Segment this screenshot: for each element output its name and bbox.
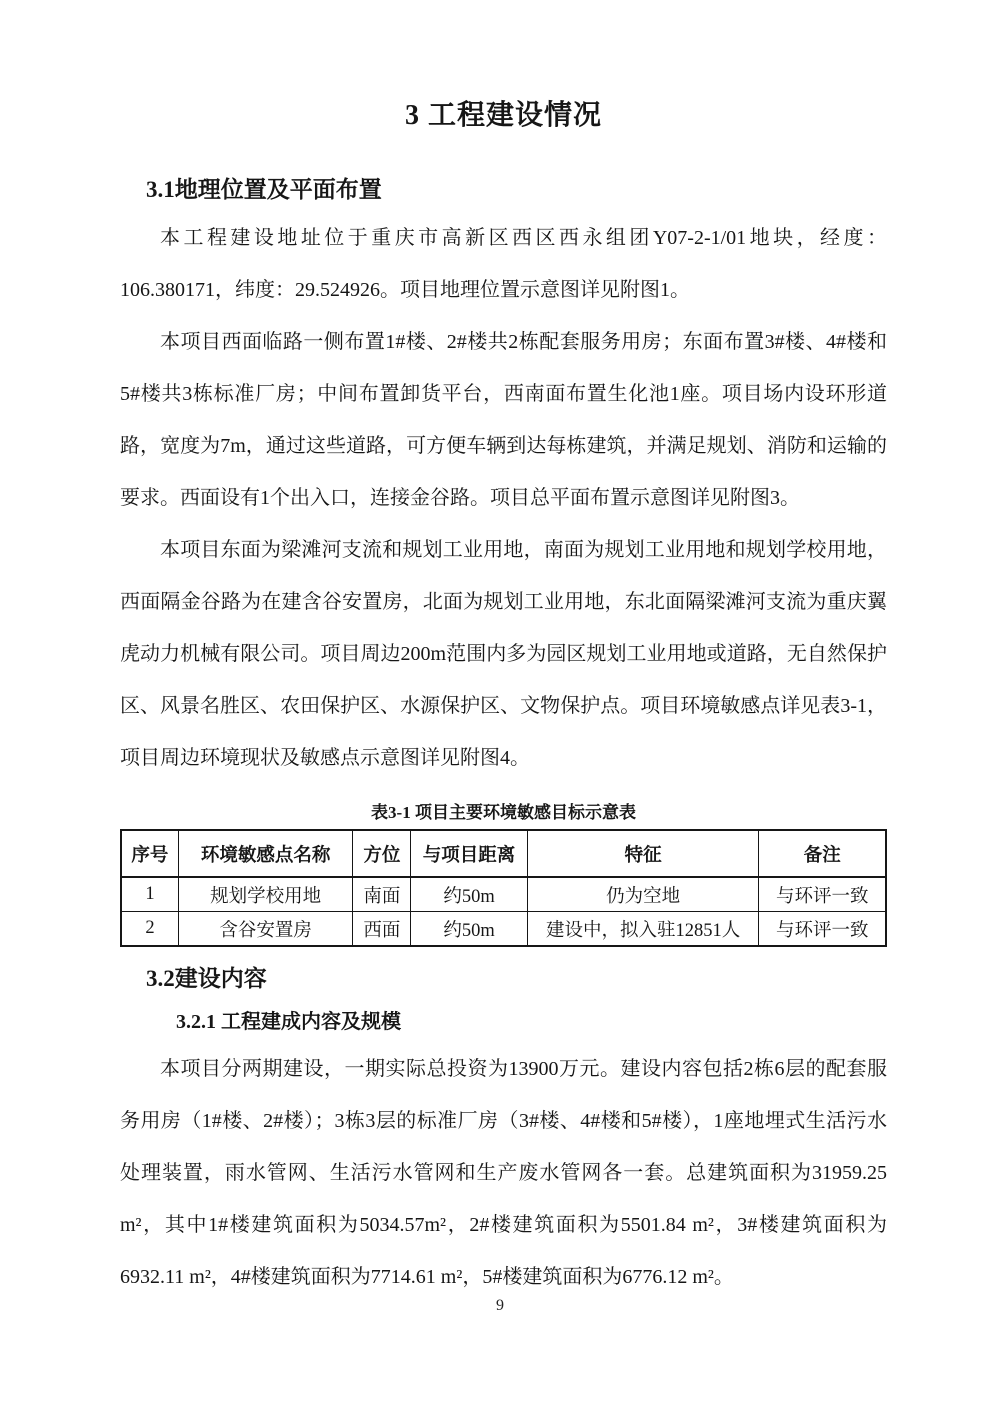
document-title: 3 工程建设情况: [120, 96, 887, 136]
cell-feature: 建设中，拟入驻12851人: [527, 912, 759, 947]
paragraph-location: 本工程建设地址位于重庆市高新区西区西永组团Y07-2-1/01地块，经度：106…: [120, 212, 887, 316]
paragraph-surroundings: 本项目东面为梁滩河支流和规划工业用地，南面为规划工业用地和规划学校用地，西面隔金…: [120, 524, 887, 784]
section-3-2-1-heading: 3.2.1 工程建成内容及规模: [176, 1007, 887, 1037]
header-cell-feature: 特征: [527, 830, 759, 877]
cell-direction: 西面: [353, 912, 411, 947]
cell-target-name: 含谷安置房: [178, 912, 352, 947]
table-3-1-caption: 表3-1 项目主要环境敏感目标示意表: [120, 798, 887, 823]
section-3-1-heading: 3.1地理位置及平面布置: [146, 174, 887, 206]
cell-remark: 与环评一致: [759, 912, 886, 947]
table-header-row: 序号 环境敏感点名称 方位 与项目距离 特征 备注: [121, 830, 886, 877]
paragraph-site-layout: 本项目西面临路一侧布置1#楼、2#楼共2栋配套服务用房；东面布置3#楼、4#楼和…: [120, 316, 887, 524]
cell-distance: 约50m: [411, 877, 527, 912]
cell-target-name: 规划学校用地: [178, 877, 352, 912]
cell-index: 2: [121, 912, 178, 947]
section-3-2-heading: 3.2建设内容: [146, 963, 887, 995]
header-cell-remark: 备注: [759, 830, 886, 877]
header-cell-direction: 方位: [353, 830, 411, 877]
cell-feature: 仍为空地: [527, 877, 759, 912]
cell-direction: 南面: [353, 877, 411, 912]
document-page: 3 工程建设情况 3.1地理位置及平面布置 本工程建设地址位于重庆市高新区西区西…: [0, 0, 1000, 1415]
paragraph-construction-scale: 本项目分两期建设，一期实际总投资为13900万元。建设内容包括2栋6层的配套服务…: [120, 1043, 887, 1303]
cell-distance: 约50m: [411, 912, 527, 947]
header-cell-target-name: 环境敏感点名称: [178, 830, 352, 877]
cell-index: 1: [121, 877, 178, 912]
page-number: 9: [0, 1297, 1000, 1315]
table-row: 2 含谷安置房 西面 约50m 建设中，拟入驻12851人 与环评一致: [121, 912, 886, 947]
table-row: 1 规划学校用地 南面 约50m 仍为空地 与环评一致: [121, 877, 886, 912]
cell-remark: 与环评一致: [759, 877, 886, 912]
header-cell-distance: 与项目距离: [411, 830, 527, 877]
table-3-1-sensitive-targets: 序号 环境敏感点名称 方位 与项目距离 特征 备注 1 规划学校用地 南面 约5…: [120, 829, 887, 947]
header-cell-index: 序号: [121, 830, 178, 877]
